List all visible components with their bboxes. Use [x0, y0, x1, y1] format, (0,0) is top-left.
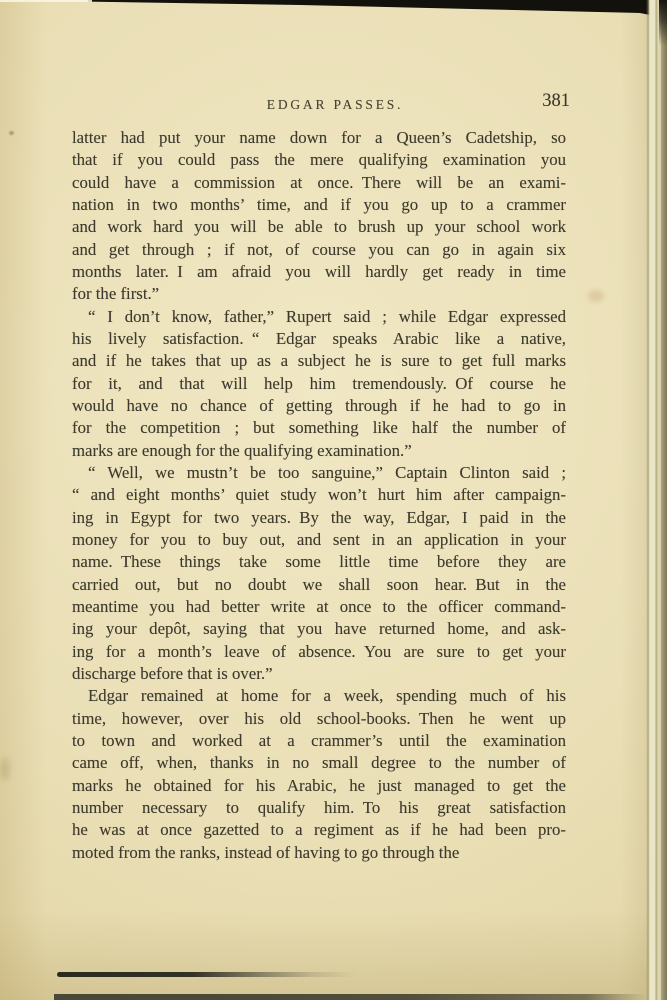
- paragraph: latter had put your name down for a Quee…: [72, 127, 566, 306]
- paper-smudge: [0, 758, 10, 780]
- text-line: time, however, over his old school-books…: [72, 708, 566, 730]
- text-line: meantime you had better write at once to…: [72, 596, 566, 618]
- text-line: marks he obtained for his Arabic, he jus…: [72, 775, 566, 797]
- running-title: EDGAR PASSES.: [240, 97, 430, 113]
- text-line: months later. I am afraid you will hardl…: [72, 261, 566, 283]
- text-line: latter had put your name down for a Quee…: [72, 127, 566, 149]
- text-column: latter had put your name down for a Quee…: [72, 127, 566, 864]
- text-line: marks are enough for the qualifying exam…: [72, 440, 566, 462]
- page-number: 381: [480, 91, 570, 112]
- text-line: carried out, but no doubt we shall soon …: [72, 574, 566, 596]
- text-line: “ Well, we mustn’t be too sanguine,” Cap…: [72, 462, 566, 484]
- page-edges-right-shadow: [659, 0, 667, 46]
- ink-speck: [9, 131, 14, 135]
- text-line: would have no chance of getting through …: [72, 395, 566, 417]
- text-line: his lively satisfaction. “ Edgar speaks …: [72, 328, 566, 350]
- paragraph: “ I don’t know, father,” Rupert said ; w…: [72, 306, 566, 462]
- scan-top-sliver: [0, 0, 92, 2]
- text-line: nation in two months’ time, and if you g…: [72, 194, 566, 216]
- text-line: Edgar remained at home for a week, spend…: [72, 685, 566, 707]
- top-edge-band: [0, 0, 667, 22]
- text-line: that if you could pass the mere qualifyi…: [72, 149, 566, 171]
- text-line: for the competition ; but something like…: [72, 417, 566, 439]
- text-line: he was at once gazetted to a regiment as…: [72, 819, 566, 841]
- book-page-scan: EDGAR PASSES. 381 latter had put your na…: [0, 0, 667, 1000]
- text-line: and if he takes that up as a subject he …: [72, 350, 566, 372]
- text-line: for the first.”: [72, 283, 566, 305]
- text-line: money for you to buy out, and sent in an…: [72, 529, 566, 551]
- text-line: number necessary to qualify him. To his …: [72, 797, 566, 819]
- text-line: and get through ; if not, of course you …: [72, 239, 566, 261]
- text-line: could have a commission at once. There w…: [72, 172, 566, 194]
- text-line: discharge before that is over.”: [72, 663, 566, 685]
- text-line: to town and worked at a crammer’s until …: [72, 730, 566, 752]
- text-line: “ and eight months’ quiet study won’t hu…: [72, 484, 566, 506]
- text-line: moted from the ranks, instead of having …: [72, 842, 566, 864]
- text-line: name. These things take some little time…: [72, 551, 566, 573]
- text-line: came off, when, thanks in no small degre…: [72, 752, 566, 774]
- paragraph: Edgar remained at home for a week, spend…: [72, 685, 566, 864]
- text-line: and work hard you will be able to brush …: [72, 216, 566, 238]
- text-line: “ I don’t know, father,” Rupert said ; w…: [72, 306, 566, 328]
- bottom-shadow-line: [57, 972, 357, 977]
- page-edges-right: [646, 0, 667, 1000]
- paper-smudge: [588, 290, 604, 302]
- paragraph: “ Well, we mustn’t be too sanguine,” Cap…: [72, 462, 566, 685]
- text-line: for it, and that will help him tremendou…: [72, 373, 566, 395]
- text-line: ing for a month’s leave of absence. You …: [72, 641, 566, 663]
- text-line: ing in Egypt for two years. By the way, …: [72, 507, 566, 529]
- text-line: ing your depôt, saying that you have ret…: [72, 618, 566, 640]
- bottom-edge-strip: [54, 994, 646, 1000]
